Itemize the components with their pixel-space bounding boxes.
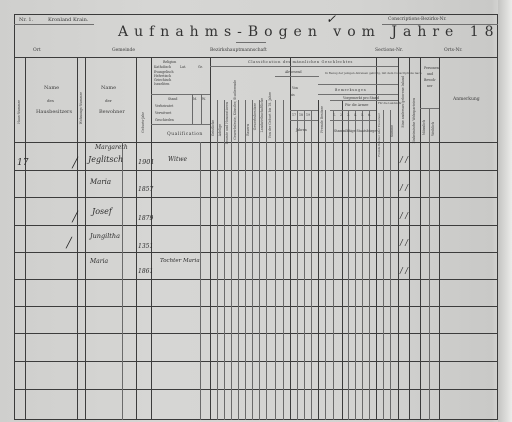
tally-marks: / / bbox=[400, 183, 408, 192]
sub-col-line bbox=[429, 108, 430, 420]
column-header-bottom bbox=[14, 142, 498, 143]
row-line bbox=[14, 361, 498, 362]
army-col: 4. bbox=[354, 113, 357, 117]
age-col: 19 bbox=[306, 113, 310, 117]
resident-name-entry: Jungiltha bbox=[90, 232, 120, 240]
religion-col: Lat. bbox=[180, 65, 186, 69]
religion-row: Israeliten bbox=[154, 82, 169, 86]
army-col: 6. bbox=[368, 113, 371, 117]
sub-col-line bbox=[224, 100, 225, 420]
sub-col-line bbox=[369, 110, 370, 420]
head-name-line3: Hausbesitzers bbox=[36, 109, 72, 115]
birth-year-entry: 1857 bbox=[138, 186, 153, 193]
sub-col-line bbox=[238, 100, 239, 420]
sub-col-line bbox=[348, 110, 349, 420]
place-label: Ort bbox=[33, 48, 41, 53]
age-from: Von bbox=[292, 86, 298, 90]
header-rule bbox=[275, 76, 319, 77]
header-divider bbox=[14, 57, 498, 58]
qualification-entry: Tochter Maria bbox=[160, 258, 200, 264]
row-line bbox=[14, 225, 498, 226]
col-line bbox=[25, 57, 26, 420]
box-rule bbox=[151, 124, 210, 125]
resident-name-entry: Maria bbox=[90, 258, 108, 265]
age-col: 17 bbox=[292, 113, 296, 117]
persons-header: und bbox=[427, 72, 433, 76]
army-col: 2. bbox=[340, 113, 343, 117]
sub-col-line bbox=[333, 110, 334, 420]
sub-col-line bbox=[252, 100, 253, 420]
pen-stroke: ╱ bbox=[72, 158, 78, 169]
qualification-header: Qualification bbox=[167, 132, 203, 137]
col-line bbox=[85, 57, 86, 420]
tally-marks: / / bbox=[400, 211, 408, 220]
class-col: Adelige bbox=[218, 124, 222, 136]
religion-col: Gr. bbox=[198, 65, 203, 69]
house-number-header: Haus-Nummer bbox=[17, 100, 21, 124]
status-row: Verwitwet bbox=[155, 111, 171, 115]
row-line bbox=[14, 333, 498, 334]
tally-marks: / / bbox=[400, 238, 408, 247]
sub-col-line bbox=[304, 110, 305, 420]
sub-col-line bbox=[390, 110, 391, 420]
class-col: Gewerbsleute, Künstler, Studierende bbox=[233, 80, 237, 140]
class-col: Gewerbsbesitzer bbox=[253, 103, 257, 130]
col-line bbox=[318, 100, 319, 420]
resident-name-entry: Jeglitsch bbox=[88, 155, 123, 164]
status-header: Stand bbox=[168, 97, 177, 101]
tally-marks: / / bbox=[400, 155, 408, 164]
sub-col-line bbox=[283, 100, 284, 420]
district-label: Bezirkshauptmannschaft bbox=[210, 48, 267, 53]
army-header: Für die Armee bbox=[345, 103, 368, 107]
col-line bbox=[77, 57, 78, 420]
age-to: bis bbox=[290, 93, 295, 97]
header-rule bbox=[290, 120, 318, 121]
header-rule bbox=[14, 24, 94, 25]
col-line bbox=[420, 57, 421, 420]
head-name-line1: Name bbox=[44, 85, 59, 91]
header-rule bbox=[420, 108, 439, 109]
col-line bbox=[376, 57, 377, 420]
foreign-residents-col: Fremde Besitzer oder Einwohner bbox=[378, 113, 381, 157]
crown-land: Kronland Krain. bbox=[48, 17, 88, 23]
header-rule bbox=[290, 110, 318, 111]
sub-col-line bbox=[275, 100, 276, 420]
army-col: 3. bbox=[347, 113, 350, 117]
col-line bbox=[398, 57, 399, 420]
birth-year-entry: 1879 bbox=[138, 215, 153, 222]
col-line bbox=[210, 57, 211, 420]
sub-col-line bbox=[259, 100, 260, 420]
pen-mark bbox=[236, 42, 266, 43]
col-line bbox=[439, 57, 440, 420]
row-line bbox=[14, 279, 498, 280]
persons-header: Bewoh- bbox=[424, 78, 436, 82]
sub-col-line bbox=[355, 110, 356, 420]
status-col: W. bbox=[202, 97, 206, 101]
header-rule bbox=[318, 84, 398, 85]
status-row: Verheiratet bbox=[155, 104, 173, 108]
col-line bbox=[151, 57, 152, 420]
remarks-header: Bemerkungen bbox=[335, 88, 366, 92]
resident-name-line1: Name bbox=[101, 85, 116, 91]
row-line bbox=[14, 389, 498, 390]
class-col: Von der Geburt bis 18. Jahre bbox=[268, 92, 272, 138]
total-col: Summe bbox=[390, 125, 394, 137]
box-rule bbox=[192, 94, 193, 124]
native-col: Eine anderswo geborene Inland bbox=[401, 76, 405, 128]
years-label: Jahren bbox=[296, 128, 307, 132]
resident-name-line3: Bewohner bbox=[99, 109, 125, 115]
col-line bbox=[290, 57, 291, 420]
section-label: Sections-Nr. bbox=[375, 48, 403, 53]
col-line bbox=[409, 57, 410, 420]
row-line bbox=[14, 170, 498, 171]
sub-col-line bbox=[311, 110, 312, 420]
col-line bbox=[342, 100, 343, 420]
pen-stroke: ╱ bbox=[72, 212, 78, 223]
municipality-label: Gemeinde bbox=[112, 48, 135, 53]
class-col: Bauern bbox=[246, 124, 250, 136]
birth-year-entry: 1901 bbox=[138, 158, 155, 166]
box-rule bbox=[201, 94, 202, 124]
header-rule bbox=[318, 94, 398, 95]
birth-year-entry: 1351 bbox=[138, 243, 153, 250]
row-line bbox=[14, 306, 498, 307]
army-col: 1. bbox=[333, 113, 336, 117]
resident-name-entry: Josef bbox=[92, 207, 112, 216]
persons-header: Personen bbox=[424, 66, 439, 70]
class-col: Geistliche bbox=[211, 120, 215, 136]
status-col: M. bbox=[193, 97, 197, 101]
class-col: Beamte und Honoratioren bbox=[225, 102, 229, 144]
foreign-owner-col: Fremde Besitzer bbox=[320, 106, 324, 133]
header-rule bbox=[382, 24, 498, 25]
male-col: Männlich bbox=[422, 120, 426, 135]
age-col: 18 bbox=[299, 113, 303, 117]
form-title: Aufnahms-Bogen vom Jahre 18 bbox=[118, 24, 500, 40]
header-rule bbox=[210, 66, 398, 67]
religion-header: Religion bbox=[163, 60, 176, 64]
pen-stroke: ╱ bbox=[66, 238, 72, 249]
remark-header: Anmerkung bbox=[453, 97, 480, 102]
row-line bbox=[14, 197, 498, 198]
stamm-label: Stammfähige Staatsbürger bbox=[334, 129, 378, 133]
sub-col-line bbox=[297, 110, 298, 420]
sub-col-line bbox=[245, 100, 246, 420]
sub-col-line bbox=[200, 142, 201, 420]
status-row: Geschieden bbox=[155, 118, 174, 122]
class-col: Landwirthschaftliche bbox=[260, 98, 264, 132]
residents-col: Einheimische Wohnparteien bbox=[412, 98, 416, 143]
row-line bbox=[14, 252, 498, 253]
classification-header: Classification des männlichen Geschlecht… bbox=[248, 60, 353, 64]
header-rule bbox=[330, 100, 398, 101]
conscription-district: Conscriptions-Bezirks-Nr. bbox=[388, 17, 447, 22]
sub-col-line bbox=[231, 100, 232, 420]
tally-marks: / / bbox=[400, 266, 408, 275]
military-text: In Bezug der jenigen Abreisen gehörig, m… bbox=[325, 71, 422, 75]
form-number: Nr. 1. bbox=[19, 17, 33, 23]
sub-col-line bbox=[217, 100, 218, 420]
resident-name-line2: der bbox=[105, 98, 112, 103]
religion-row: Katholisch bbox=[154, 65, 171, 69]
page-edge bbox=[498, 0, 512, 422]
col-line bbox=[136, 57, 137, 420]
persons-header: ner bbox=[427, 84, 432, 88]
birth-year-header: Geburts-Jahr bbox=[141, 112, 145, 133]
header-rule bbox=[330, 110, 376, 111]
header-rule bbox=[330, 120, 376, 121]
resident-name-entry: Margareth bbox=[95, 144, 128, 151]
army-col: 5. bbox=[361, 113, 364, 117]
house-label: Orts-Nr. bbox=[444, 48, 463, 53]
resident-name-entry: Maria bbox=[90, 178, 111, 186]
landwehr-header: Für die Landwehr bbox=[378, 102, 402, 105]
residence-number-header: Wohnungs-Nummer bbox=[79, 92, 83, 124]
qualification-entry: Witwe bbox=[168, 156, 187, 163]
checkmark: ✓ bbox=[326, 12, 336, 26]
house-number-entry: 17 bbox=[17, 158, 28, 168]
sub-col-line bbox=[122, 142, 123, 420]
sub-col-line bbox=[266, 100, 267, 420]
head-name-line2: des bbox=[47, 98, 54, 103]
sub-col-line bbox=[362, 110, 363, 420]
census-form bbox=[14, 14, 498, 420]
absent-header: Abwesend bbox=[285, 70, 302, 74]
female-col: Weiblich bbox=[431, 122, 435, 136]
sub-col-line bbox=[383, 110, 384, 420]
birth-year-entry: 1861 bbox=[138, 268, 153, 275]
sub-col-line bbox=[325, 110, 326, 420]
